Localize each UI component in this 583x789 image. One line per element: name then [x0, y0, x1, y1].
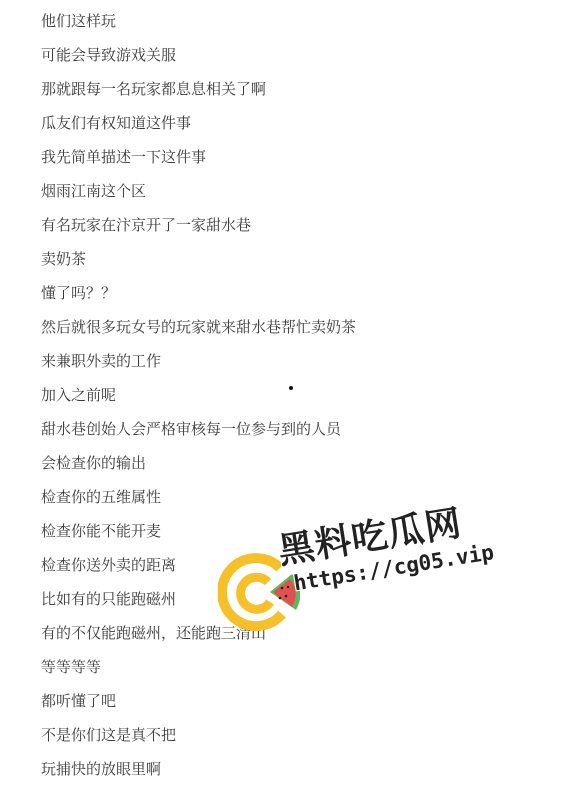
text-line: 来兼职外卖的工作: [41, 349, 356, 383]
text-line: 我先简单描述一下这件事: [41, 145, 356, 179]
text-line: 玩捕快的放眼里啊: [41, 757, 356, 789]
text-line: 等等等等: [41, 655, 356, 689]
watermark: 黑料吃瓜网 https://cg05.vip: [212, 528, 482, 648]
text-line: 那就跟每一名玩家都息息相关了啊: [41, 77, 356, 111]
stray-dot: [289, 386, 293, 390]
text-line: 他们这样玩: [41, 9, 356, 43]
text-line: 可能会导致游戏关服: [41, 43, 356, 77]
text-line: 都听懂了吧: [41, 689, 356, 723]
text-line: 有名玩家在汴京开了一家甜水巷: [41, 213, 356, 247]
text-line: 瓜友们有权知道这件事: [41, 111, 356, 145]
text-line: 懂了吗？？: [41, 281, 356, 315]
text-line: 卖奶茶: [41, 247, 356, 281]
text-line: 会检查你的输出: [41, 451, 356, 485]
text-line: 检查你的五维属性: [41, 485, 356, 519]
text-line: 烟雨江南这个区: [41, 179, 356, 213]
text-line: 然后就很多玩女号的玩家就来甜水巷帮忙卖奶茶: [41, 315, 356, 349]
text-line: 不是你们这是真不把: [41, 723, 356, 757]
text-line: 甜水巷创始人会严格审核每一位参与到的人员: [41, 417, 356, 451]
chat-text-lines: 他们这样玩 可能会导致游戏关服 那就跟每一名玩家都息息相关了啊 瓜友们有权知道这…: [41, 9, 356, 789]
text-line: 加入之前呢: [41, 383, 356, 417]
